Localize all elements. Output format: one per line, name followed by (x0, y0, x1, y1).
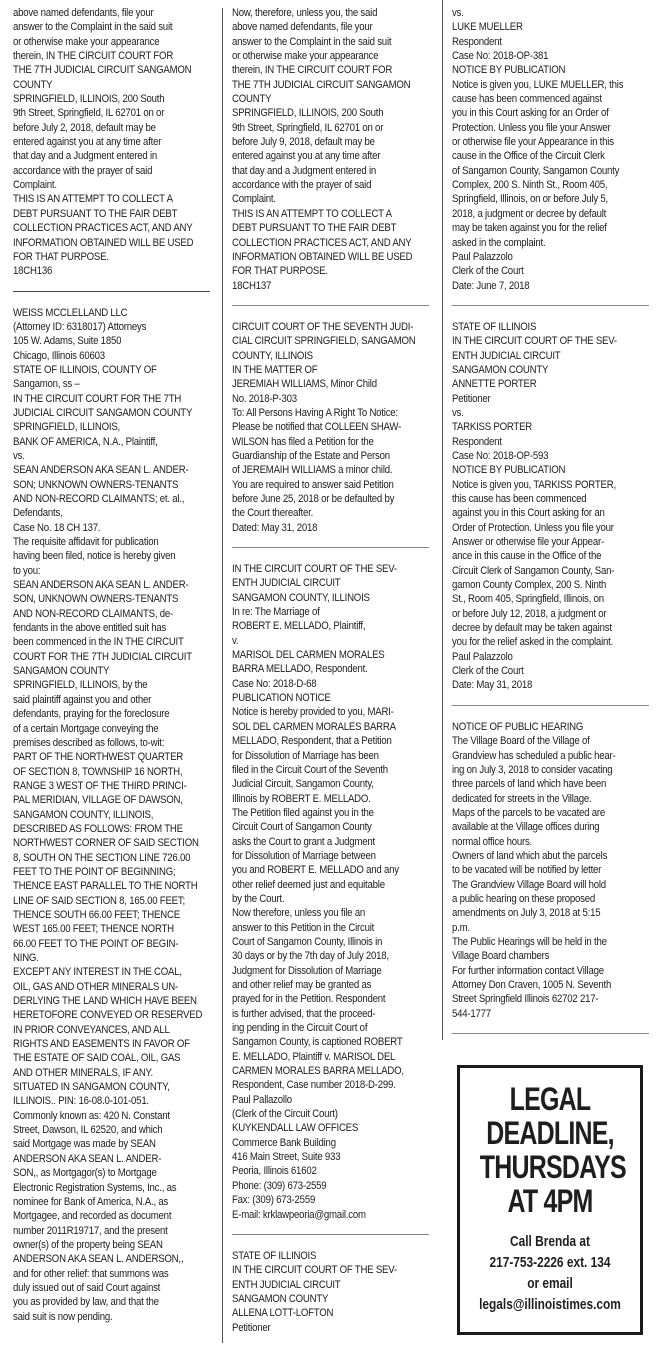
notice-line: COUNTY (13, 78, 211, 92)
notice-line: Sangamon County, is captioned ROBERT (232, 1035, 430, 1049)
notice-line: Village Board chambers (452, 949, 650, 963)
legal-notice: Now, therefore, unless you, the saidabov… (232, 6, 430, 293)
notice-line: you in this Court asking for an Order of (452, 106, 650, 120)
notice-line: Street Springfield Illinois 62702 217- (452, 992, 650, 1006)
notice-line: SANGAMON COUNTY, ILLINOIS (232, 591, 430, 605)
notice-line: asks the Court to grant a Judgment (232, 835, 430, 849)
notice-line: is further advised, that the proceed- (232, 1007, 430, 1021)
notice-line: Fax: (309) 673-2559 (232, 1193, 430, 1207)
notice-line: Grandview has scheduled a public hear- (452, 749, 650, 763)
notice-line: JUDICIAL CIRCUIT SANGAMON COUNTY (13, 406, 211, 420)
notice-line: The requisite affidavit for publication (13, 535, 211, 549)
notice-line: Date: May 31, 2018 (452, 678, 650, 692)
notice-line: THENCE EAST PARALLEL TO THE NORTH (13, 879, 211, 893)
notice-line: and for other relief: that summons was (13, 1267, 211, 1281)
notice-line: MARISOL DEL CARMEN MORALES (232, 648, 430, 662)
notice-line: STATE OF ILLINOIS (452, 320, 650, 334)
notice-line: E. MELLADO, Plaintiff v. MARISOL DEL (232, 1050, 430, 1064)
notice-line: NING. (13, 951, 211, 965)
notice-line: Case No. 18 CH 137. (13, 521, 211, 535)
notice-line: Guardianship of the Estate and Person (232, 449, 430, 463)
notice-line: THENCE SOUTH 66.00 FEET; THENCE (13, 908, 211, 922)
notice-line: Defendants, (13, 506, 211, 520)
notice-line: St., Room 405, Springfield, Illinois, on (452, 592, 650, 606)
notice-line: Peoria, Illinois 61602 (232, 1164, 430, 1178)
notice-line: SANGAMON COUNTY (452, 363, 650, 377)
legal-notice: above named defendants, file youranswer … (13, 6, 211, 279)
notice-line: Phone: (309) 673-2559 (232, 1179, 430, 1193)
notice-line: answer to the Complaint in the said suit (13, 20, 211, 34)
notice-separator (452, 305, 649, 306)
notice-line: IN PRIOR CONVEYANCES, AND ALL (13, 1023, 211, 1037)
notice-line: three parcels of land which have been (452, 777, 650, 791)
notice-line: NOTICE BY PUBLICATION (452, 63, 650, 77)
notice-line: v. (232, 634, 430, 648)
notice-separator (232, 1234, 429, 1235)
notice-line: The Grandview Village Board will hold (452, 878, 650, 892)
notice-line: SITUATED IN SANGAMON COUNTY, (13, 1080, 211, 1094)
notice-line: (Attorney ID: 6318017) Attorneys (13, 320, 211, 334)
notice-line: available at the Village offices during (452, 820, 650, 834)
notice-line: above named defendants, file your (232, 20, 430, 34)
notice-line: Order of Protection. Unless you file you… (452, 521, 650, 535)
notice-line: said suit is now pending. (13, 1310, 211, 1324)
notice-line: JEREMIAH WILLIAMS, Minor Child (232, 377, 430, 391)
notice-line: a public hearing on these proposed (452, 892, 650, 906)
notice-line: THE 7TH JUDICIAL CIRCUIT SANGAMON (232, 78, 430, 92)
notice-line: defendants, praying for the foreclosure (13, 707, 211, 721)
ad-contact: Call Brenda at 217-753-2226 ext. 134 or … (476, 1232, 624, 1316)
notice-line: fendants in the above entitled suit has (13, 621, 211, 635)
notice-line: THIS IS AN ATTEMPT TO COLLECT A (13, 192, 211, 206)
notice-line: ance in this cause in the Office of the (452, 549, 650, 563)
notice-line: ing pending in the Circuit Court of (232, 1021, 430, 1035)
notice-line: COLLECTION PRACTICES ACT, AND ANY (13, 221, 211, 235)
notice-line: THIS IS AN ATTEMPT TO COLLECT A (232, 207, 430, 221)
notice-line: of Sangamon County, Sangamon County (452, 164, 650, 178)
notice-line: Sangamon, ss – (13, 377, 211, 391)
notice-line: RIGHTS AND EASEMENTS IN FAVOR OF (13, 1037, 211, 1051)
notice-line: asked in the complaint. (452, 236, 650, 250)
notice-line: HERETOFORE CONVEYED OR RESERVED (13, 1008, 211, 1022)
notice-line: IN THE MATTER OF (232, 363, 430, 377)
notice-line: or otherwise make your appearance (13, 35, 211, 49)
notice-line: other relief deemed just and equitable (232, 878, 430, 892)
notice-separator (232, 305, 429, 306)
notice-line: FOR THAT PURPOSE. (13, 250, 211, 264)
legal-deadline-ad: LEGAL DEADLINE, THURSDAYS AT 4PM Call Br… (457, 1065, 643, 1335)
notice-line: SOL DEL CARMEN MORALES BARRA (232, 720, 430, 734)
notice-line: Complaint. (13, 178, 211, 192)
notice-line: SANGAMON COUNTY, ILLINOIS, (13, 808, 211, 822)
notice-line: SPRINGFIELD, ILLINOIS, by the (13, 678, 211, 692)
notice-line: therein, IN THE CIRCUIT COURT FOR (232, 63, 430, 77)
notice-line: Complex, 200 S. Ninth St., Room 405, (452, 178, 650, 192)
notice-line: COUNTY, ILLINOIS (232, 349, 430, 363)
column-2: Now, therefore, unless you, the saidabov… (232, 6, 430, 1335)
notice-separator (232, 547, 429, 548)
notice-line: Circuit Clerk of Sangamon County, San- (452, 564, 650, 578)
notice-line: duly issued out of said Court against (13, 1281, 211, 1295)
notice-line: 544-1777 (452, 1007, 650, 1021)
notice-line: THE ESTATE OF SAID COAL, OIL, GAS (13, 1051, 211, 1065)
notice-line: STATE OF ILLINOIS, COUNTY OF (13, 363, 211, 377)
notice-line: or otherwise make your appearance (232, 49, 430, 63)
notice-line: against you in this Court asking for an (452, 506, 650, 520)
notice-separator (13, 291, 210, 292)
ad-email-link[interactable]: legals@illinoistimes.com (476, 1295, 624, 1316)
notice-line: COURT FOR THE 7TH JUDICIAL CIRCUIT (13, 650, 211, 664)
notice-line: SPRINGFIELD, ILLINOIS, 200 South (232, 106, 430, 120)
legal-notice: NOTICE OF PUBLIC HEARINGThe Village Boar… (452, 720, 650, 1021)
ad-phone: 217-753-2226 ext. 134 (476, 1253, 624, 1274)
notice-line: THE 7TH JUDICIAL CIRCUIT SANGAMON (13, 63, 211, 77)
notice-line: Circuit Court of Sangamon County (232, 820, 430, 834)
notice-line: BARRA MELLADO, Respondent. (232, 662, 430, 676)
notice-line: ENTH JUDICIAL CIRCUIT (232, 576, 430, 590)
notice-line: Notice is hereby provided to you, MARI- (232, 705, 430, 719)
notice-line: WILSON has filed a Petition for the (232, 435, 430, 449)
notice-line: DEBT PURSUANT TO THE FAIR DEBT (232, 221, 430, 235)
notice-line: above named defendants, file your (13, 6, 211, 20)
notice-line: AND OTHER MINERALS, IF ANY. (13, 1066, 211, 1080)
notice-separator (452, 1033, 649, 1034)
notice-line: CARMEN MORALES BARRA MELLADO, (232, 1064, 430, 1078)
notice-line: of JEREMAIH WILLIAMS a minor child. (232, 463, 430, 477)
legal-notice: STATE OF ILLINOISIN THE CIRCUIT COURT OF… (232, 1249, 430, 1335)
notice-line: ALLENA LOTT-LOFTON (232, 1306, 430, 1320)
notice-line: entered against you at any time after (232, 149, 430, 163)
notice-line: vs. (452, 6, 650, 20)
notice-line: E-mail: krklawpeoria@gmail.com (232, 1208, 430, 1222)
notice-line: BANK OF AMERICA, N.A., Plaintiff, (13, 435, 211, 449)
notice-line: IN THE CIRCUIT COURT FOR THE 7TH (13, 392, 211, 406)
notice-line: AND NON-RECORD CLAIMANTS, de- (13, 607, 211, 621)
notice-line: In re: The Marriage of (232, 605, 430, 619)
notice-line: The Petition filed against you in the (232, 806, 430, 820)
notice-line: FEET TO THE POINT OF BEGINNING; (13, 865, 211, 879)
notice-line: entered against you at any time after (13, 135, 211, 149)
notice-line: Complaint. (232, 192, 430, 206)
notice-line: IN THE CIRCUIT COURT OF THE SEV- (232, 562, 430, 576)
notice-line: Notice is given you, LUKE MUELLER, this (452, 78, 650, 92)
notice-line: OF SECTION 8, TOWNSHIP 16 NORTH, (13, 765, 211, 779)
notice-line: PART OF THE NORTHWEST QUARTER (13, 750, 211, 764)
notice-line: gamon County Complex, 200 S. Ninth (452, 578, 650, 592)
notice-line: 2018, a judgment or decree by default (452, 207, 650, 221)
notice-line: To: All Persons Having A Right To Notice… (232, 406, 430, 420)
notice-line: The Public Hearings will be held in the (452, 935, 650, 949)
notice-line: MELLADO, Respondent, that a Petition (232, 734, 430, 748)
notice-line: Illinois by ROBERT E. MELLADO. (232, 792, 430, 806)
notice-line: you and ROBERT E. MELLADO and any (232, 863, 430, 877)
notice-separator (452, 705, 649, 706)
legal-notice: IN THE CIRCUIT COURT OF THE SEV-ENTH JUD… (232, 562, 430, 1222)
notice-line: p.m. (452, 921, 650, 935)
column-1: above named defendants, file youranswer … (13, 6, 211, 1324)
notice-line: Attorney Don Craven, 1005 N. Seventh (452, 978, 650, 992)
notice-line: or otherwise file your Appearance in thi… (452, 135, 650, 149)
notice-line: STATE OF ILLINOIS (232, 1249, 430, 1263)
notice-line: PUBLICATION NOTICE (232, 691, 430, 705)
notice-line: for Dissolution of Marriage between (232, 849, 430, 863)
notice-line: that day and a Judgment entered in (232, 164, 430, 178)
notice-line: Court of Sangamon County, Illinois in (232, 935, 430, 949)
notice-line: of a certain Mortgage conveying the (13, 722, 211, 736)
notice-line: Street, Dawson, IL 62520, and which (13, 1123, 211, 1137)
notice-line: this cause has been commenced (452, 492, 650, 506)
notice-line: PAL MERIDIAN, VILLAGE OF DAWSON, (13, 793, 211, 807)
notice-line: Chicago, Illinois 60603 (13, 349, 211, 363)
notice-line: or before July 12, 2018, a judgment or (452, 607, 650, 621)
notice-line: therein, IN THE CIRCUIT COURT FOR (13, 49, 211, 63)
notice-line: NOTICE BY PUBLICATION (452, 463, 650, 477)
notice-line: SEAN ANDERSON AKA SEAN L. ANDER- (13, 463, 211, 477)
notice-line: having been filed, notice is hereby give… (13, 549, 211, 563)
notice-line: CIAL CIRCUIT SPRINGFIELD, SANGAMON (232, 334, 430, 348)
notice-line: 30 days or by the 7th day of July 2018, (232, 949, 430, 963)
notice-line: Maps of the parcels to be vacated are (452, 806, 650, 820)
notice-line: For further information contact Village (452, 964, 650, 978)
notice-line: Case No: 2018-D-68 (232, 677, 430, 691)
notice-line: premises described as follows, to-wit: (13, 736, 211, 750)
notice-line: DERLYING THE LAND WHICH HAVE BEEN (13, 994, 211, 1008)
notice-line: Respondent (452, 35, 650, 49)
notice-line: that day and a Judgment entered in (13, 149, 211, 163)
notice-line: accordance with the prayer of said (13, 164, 211, 178)
notice-line: SON, UNKNOWN OWNERS-TENANTS (13, 592, 211, 606)
notice-line: IN THE CIRCUIT COURT OF THE SEV- (452, 334, 650, 348)
notice-line: nominee for Bank of America, N.A., as (13, 1195, 211, 1209)
notice-line: IN THE CIRCUIT COURT OF THE SEV- (232, 1263, 430, 1277)
notice-line: Dated: May 31, 2018 (232, 521, 430, 535)
notice-line: normal office hours. (452, 835, 650, 849)
column-divider-2 (442, 0, 443, 1040)
notice-line: SEAN ANDERSON AKA SEAN L. ANDER- (13, 578, 211, 592)
notice-line: Petitioner (232, 1321, 430, 1335)
legal-notice: CIRCUIT COURT OF THE SEVENTH JUDI-CIAL C… (232, 320, 430, 535)
notice-line: Case No: 2018-OP-381 (452, 49, 650, 63)
notice-line: LUKE MUELLER (452, 20, 650, 34)
notice-line: Judgment for Dissolution of Marriage (232, 964, 430, 978)
notice-line: answer to this Petition in the Circuit (232, 921, 430, 935)
column-3: vs.LUKE MUELLERRespondentCase No: 2018-O… (452, 6, 650, 1048)
notice-line: No. 2018-P-303 (232, 392, 430, 406)
notice-line: KUYKENDALL LAW OFFICES (232, 1121, 430, 1135)
ad-headline: LEGAL DEADLINE, THURSDAYS AT 4PM (480, 1082, 620, 1218)
notice-line: said plaintiff against you and other (13, 693, 211, 707)
notice-line: ILLINOIS.. PIN: 16-08.0-101-051. (13, 1094, 211, 1108)
notice-line: the Court thereafter. (232, 506, 430, 520)
notice-line: Case No: 2018-OP-593 (452, 449, 650, 463)
notice-line: Please be notified that COLLEEN SHAW- (232, 420, 430, 434)
notice-line: owner(s) of the property being SEAN (13, 1238, 211, 1252)
column-divider-1 (222, 8, 223, 1343)
notice-line: WEST 165.00 FEET; THENCE NORTH (13, 922, 211, 936)
notice-line: Date: June 7, 2018 (452, 279, 650, 293)
notice-line: NOTICE OF PUBLIC HEARING (452, 720, 650, 734)
legal-notice: STATE OF ILLINOISIN THE CIRCUIT COURT OF… (452, 320, 650, 693)
notice-line: to you: (13, 564, 211, 578)
notice-line: LINE OF SAID SECTION 8, 165.00 FEET; (13, 894, 211, 908)
notice-line: Electronic Registration Systems, Inc., a… (13, 1181, 211, 1195)
notice-line: cause has been commenced against (452, 92, 650, 106)
notice-line: said Mortgage was made by SEAN (13, 1137, 211, 1151)
notice-line: number 2011R19717, and the present (13, 1224, 211, 1238)
notice-line: DEBT PURSUANT TO THE FAIR DEBT (13, 207, 211, 221)
notice-line: decree by default may be taken against (452, 621, 650, 635)
notice-line: Judicial Circuit, Sangamon County, (232, 777, 430, 791)
notice-line: before July 2, 2018, default may be (13, 121, 211, 135)
notice-line: filed in the Circuit Court of the Sevent… (232, 763, 430, 777)
notice-line: CIRCUIT COURT OF THE SEVENTH JUDI- (232, 320, 430, 334)
notice-line: INFORMATION OBTAINED WILL BE USED (232, 250, 430, 264)
notice-line: SON; UNKNOWN OWNERS-TENANTS (13, 478, 211, 492)
notice-line: You are required to answer said Petition (232, 478, 430, 492)
notice-line: answer to the Complaint in the said suit (232, 35, 430, 49)
notice-line: vs. (13, 449, 211, 463)
notice-line: SPRINGFIELD, ILLINOIS, 200 South (13, 92, 211, 106)
legal-notice: WEISS MCCLELLAND LLC(Attorney ID: 631801… (13, 306, 211, 1324)
notice-line: accordance with the prayer of said (232, 178, 430, 192)
notice-line: NORTHWEST CORNER OF SAID SECTION (13, 836, 211, 850)
notice-line: ENTH JUDICIAL CIRCUIT (232, 1278, 430, 1292)
notice-line: Mortgagee, and recorded as document (13, 1209, 211, 1223)
notice-line: dedicated for streets in the Village. (452, 792, 650, 806)
notice-line: for Dissolution of Marriage has been (232, 749, 430, 763)
notice-line: Now therefore, unless you file an (232, 906, 430, 920)
notice-line: to be vacated will be notified by letter (452, 863, 650, 877)
notice-line: FOR THAT PURPOSE. (232, 264, 430, 278)
notice-line: prayed for in the Petition. Respondent (232, 992, 430, 1006)
notice-line: ANDERSON AKA SEAN L. ANDER- (13, 1152, 211, 1166)
notice-line: DESCRIBED AS FOLLOWS: FROM THE (13, 822, 211, 836)
notice-line: (Clerk of the Circuit Court) (232, 1107, 430, 1121)
notice-line: Owners of land which abut the parcels (452, 849, 650, 863)
notice-line: ing on July 3, 2018 to consider vacating (452, 763, 650, 777)
notice-line: Protection. Unless you file your Answer (452, 121, 650, 135)
notice-line: COUNTY (232, 92, 430, 106)
notice-line: 9th Street, Springfield, IL 62701 on or (13, 106, 211, 120)
notice-line: Paul Pallazollo (232, 1093, 430, 1107)
notice-line: 9th Street, Springfield, IL 62701 on or (232, 121, 430, 135)
notice-line: by the Court. (232, 892, 430, 906)
notice-line: SPRINGFIELD, ILLINOIS, (13, 420, 211, 434)
notice-line: SON,, as Mortgagor(s) to Mortgage (13, 1166, 211, 1180)
notice-line: TARKISS PORTER (452, 420, 650, 434)
notice-line: ENTH JUDICIAL CIRCUIT (452, 349, 650, 363)
notice-line: vs. (452, 406, 650, 420)
notice-line: 18CH137 (232, 279, 430, 293)
notice-line: Answer or otherwise file your Appear- (452, 535, 650, 549)
notice-line: Commonly known as: 420 N. Constant (13, 1109, 211, 1123)
notice-line: The Village Board of the Village of (452, 734, 650, 748)
notice-line: you for the relief asked in the complain… (452, 635, 650, 649)
notice-line: may be taken against you for the relief (452, 221, 650, 235)
notice-line: Paul Palazzolo (452, 650, 650, 664)
notice-line: ROBERT E. MELLADO, Plaintiff, (232, 619, 430, 633)
notice-line: AND NON-RECORD CLAIMANTS; et. al., (13, 492, 211, 506)
notice-line: Paul Palazzolo (452, 250, 650, 264)
legal-notice: vs.LUKE MUELLERRespondentCase No: 2018-O… (452, 6, 650, 293)
notice-line: before July 9, 2018, default may be (232, 135, 430, 149)
notice-line: SANGAMON COUNTY (232, 1292, 430, 1306)
notice-line: Respondent, Case number 2018-D-299. (232, 1078, 430, 1092)
notice-line: SANGAMON COUNTY (13, 664, 211, 678)
notice-line: and other relief may be granted as (232, 978, 430, 992)
notice-line: ANNETTE PORTER (452, 377, 650, 391)
notice-line: Respondent (452, 435, 650, 449)
notice-line: Commerce Bank Building (232, 1136, 430, 1150)
notice-line: 66.00 FEET TO THE POINT OF BEGIN- (13, 937, 211, 951)
notice-line: 8, SOUTH ON THE SECTION LINE 726.00 (13, 851, 211, 865)
notice-line: amendments on July 3, 2018 at 5:15 (452, 906, 650, 920)
notice-line: Petitioner (452, 392, 650, 406)
notice-line: before June 25, 2018 or be defaulted by (232, 492, 430, 506)
legal-notices-page: above named defendants, file youranswer … (0, 0, 661, 1361)
notice-line: ANDERSON AKA SEAN L. ANDERSON,, (13, 1252, 211, 1266)
notice-line: 416 Main Street, Suite 933 (232, 1150, 430, 1164)
notice-line: been commenced in the IN THE CIRCUIT (13, 635, 211, 649)
notice-line: OIL, GAS AND OTHER MINERALS UN- (13, 980, 211, 994)
notice-line: 105 W. Adams, Suite 1850 (13, 334, 211, 348)
notice-line: RANGE 3 WEST OF THE THIRD PRINCI- (13, 779, 211, 793)
notice-line: Now, therefore, unless you, the said (232, 6, 430, 20)
notice-line: 18CH136 (13, 264, 211, 278)
notice-line: Springfield, Illinois, on or before July… (452, 192, 650, 206)
notice-line: COLLECTION PRACTICES ACT, AND ANY (232, 236, 430, 250)
notice-line: WEISS MCCLELLAND LLC (13, 306, 211, 320)
notice-line: EXCEPT ANY INTEREST IN THE COAL, (13, 965, 211, 979)
notice-line: Clerk of the Court (452, 664, 650, 678)
notice-line: cause in the Office of the Circuit Clerk (452, 149, 650, 163)
notice-line: INFORMATION OBTAINED WILL BE USED (13, 236, 211, 250)
notice-line: Clerk of the Court (452, 264, 650, 278)
notice-line: you as provided by law, and that the (13, 1295, 211, 1309)
notice-line: Notice is given you, TARKISS PORTER, (452, 478, 650, 492)
